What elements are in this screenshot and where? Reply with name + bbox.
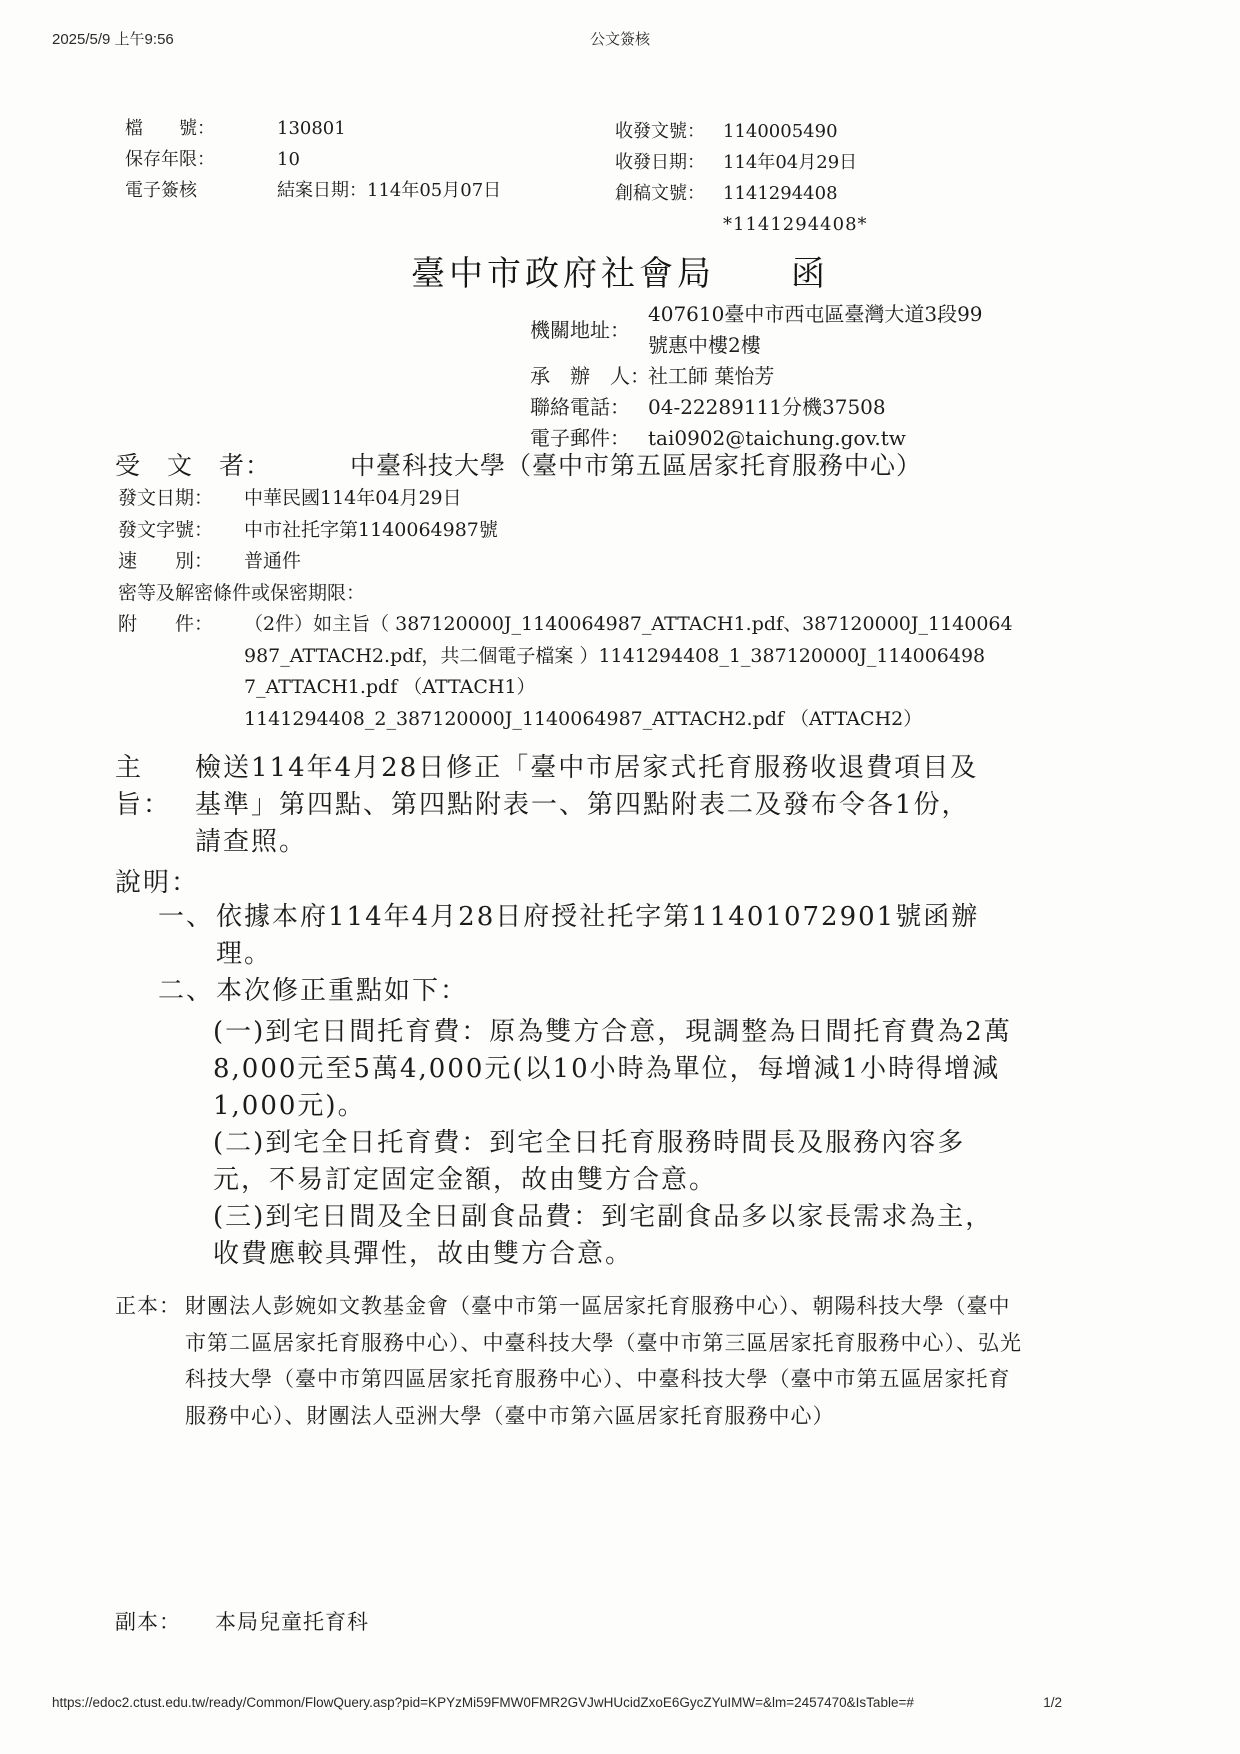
issue-date-label: 發文日期： — [118, 483, 244, 515]
explanation-label: 說明： — [115, 862, 199, 899]
draft-no-value: 1141294408 — [723, 178, 838, 209]
print-header-title: 公文簽核 — [0, 28, 1240, 49]
agency-contact-value: 社工師 葉怡芳 — [648, 361, 774, 392]
attachment-line: 1141294408_2_387120000J_1140064987_ATTAC… — [244, 704, 1013, 736]
attachment-line: 987_ATTACH2.pdf，共二個電子檔案 ）1141294408_1_38… — [244, 641, 1013, 673]
document-fields: 發文日期： 中華民國114年04月29日 發文字號： 中市社托字第1140064… — [118, 483, 1013, 735]
subitem-2: (二)到宅全日托育費：到宅全日托育服務時間長及服務內容多元，不易訂定固定金額，故… — [213, 1125, 1013, 1199]
esign-row: 電子簽核 結案日期：114年05月07日 — [125, 175, 501, 206]
esign-label: 電子簽核 — [125, 175, 277, 206]
item-number: 一、 — [158, 899, 216, 973]
attachment-row: 附 件： （2件）如主旨（ 387120000J_1140064987_ATTA… — [118, 609, 1013, 735]
recipient-row: 受 文 者： 中臺科技大學（臺中市第五區居家托育服務中心） — [115, 446, 922, 482]
receive-no-label: 收發文號： — [615, 116, 723, 147]
barcode-text: *1141294408* — [723, 209, 868, 240]
print-footer: https://edoc2.ctust.edu.tw/ready/Common/… — [52, 1695, 1188, 1710]
security-row: 密等及解密條件或保密期限： — [118, 578, 1013, 610]
agency-address-label: 機關地址： — [530, 315, 648, 346]
agency-phone-value: 04-22289111分機37508 — [648, 392, 886, 423]
subject-label: 主旨： — [115, 750, 195, 861]
draft-no-label: 創稿文號： — [615, 178, 723, 209]
agency-phone-label: 聯絡電話： — [530, 392, 648, 423]
explanation-items: 一、 依據本府114年4月28日府授社托字第11401072901號函辦理。 二… — [158, 899, 986, 1010]
priority-label: 速 別： — [118, 546, 244, 578]
issue-no-value: 中市社托字第1140064987號 — [244, 515, 498, 547]
issue-date-row: 發文日期： 中華民國114年04月29日 — [118, 483, 1013, 515]
explanation-subitems: (一)到宅日間托育費：原為雙方合意，現調整為日間托育費為2萬8,000元至5萬4… — [213, 1014, 1013, 1273]
recipient-value: 中臺科技大學（臺中市第五區居家托育服務中心） — [350, 446, 922, 482]
retention-row: 保存年限： 10 — [125, 144, 501, 175]
agency-info-block: 機關地址： 407610臺中市西屯區臺灣大道3段99 號惠中樓2樓 承 辦 人：… — [530, 299, 983, 454]
file-meta-right: 收發文號： 1140005490 收發日期： 114年04月29日 創稿文號： … — [615, 116, 868, 240]
file-no-label: 檔 號： — [125, 113, 277, 144]
item-text: 本次修正重點如下： — [216, 973, 986, 1010]
attachment-line: 7_ATTACH1.pdf （ATTACH1） — [244, 672, 1013, 704]
retention-value: 10 — [277, 144, 300, 175]
original-copies-text: 財團法人彭婉如文教基金會（臺中市第一區居家托育服務中心）、朝陽科技大學（臺中市第… — [185, 1288, 1030, 1434]
attachment-lines: （2件）如主旨（ 387120000J_1140064987_ATTACH1.p… — [244, 609, 1013, 735]
file-no-value: 130801 — [277, 113, 346, 144]
explanation-item-1: 一、 依據本府114年4月28日府授社托字第11401072901號函辦理。 — [158, 899, 986, 973]
close-date-value: 結案日期：114年05月07日 — [277, 175, 501, 206]
issue-no-row: 發文字號： 中市社托字第1140064987號 — [118, 515, 1013, 547]
attachment-line: （2件）如主旨（ 387120000J_1140064987_ATTACH1.p… — [244, 609, 1013, 641]
cc-label: 副本： — [115, 1606, 215, 1636]
original-copies-row: 正本： 財團法人彭婉如文教基金會（臺中市第一區居家托育服務中心）、朝陽科技大學（… — [115, 1288, 1030, 1434]
receive-date-row: 收發日期： 114年04月29日 — [615, 147, 868, 178]
receive-date-value: 114年04月29日 — [723, 147, 857, 178]
issue-no-label: 發文字號： — [118, 515, 244, 547]
print-footer-url: https://edoc2.ctust.edu.tw/ready/Common/… — [52, 1695, 914, 1710]
agency-contact-row: 承 辦 人： 社工師 葉怡芳 — [530, 361, 983, 392]
file-no-row: 檔 號： 130801 — [125, 113, 501, 144]
agency-contact-label: 承 辦 人： — [530, 361, 648, 392]
subject-row: 主旨： 檢送114年4月28日修正「臺中市居家式托育服務收退費項目及基準」第四點… — [115, 750, 985, 861]
agency-phone-row: 聯絡電話： 04-22289111分機37508 — [530, 392, 983, 423]
item-text: 依據本府114年4月28日府授社托字第11401072901號函辦理。 — [216, 899, 986, 973]
cc-value: 本局兒童托育科 — [215, 1606, 369, 1636]
agency-address-row: 機關地址： 407610臺中市西屯區臺灣大道3段99 號惠中樓2樓 — [530, 299, 983, 361]
receive-no-row: 收發文號： 1140005490 — [615, 116, 868, 147]
retention-label: 保存年限： — [125, 144, 277, 175]
explanation-item-2: 二、 本次修正重點如下： — [158, 973, 986, 1010]
file-meta-left: 檔 號： 130801 保存年限： 10 電子簽核 結案日期：114年05月07… — [125, 113, 501, 206]
subitem-3: (三)到宅日間及全日副食品費：到宅副食品多以家長需求為主，收費應較具彈性，故由雙… — [213, 1199, 1013, 1273]
print-footer-page-number: 1/2 — [1043, 1695, 1062, 1710]
agency-address-line2: 號惠中樓2樓 — [648, 330, 983, 361]
draft-no-row: 創稿文號： 1141294408 — [615, 178, 868, 209]
attachment-label: 附 件： — [118, 609, 244, 735]
priority-row: 速 別： 普通件 — [118, 546, 1013, 578]
agency-address-value: 407610臺中市西屯區臺灣大道3段99 號惠中樓2樓 — [648, 299, 983, 361]
original-copies-label: 正本： — [115, 1288, 185, 1434]
cc-row: 副本： 本局兒童托育科 — [115, 1606, 369, 1636]
recipient-label: 受 文 者： — [115, 446, 350, 482]
security-label: 密等及解密條件或保密期限： — [118, 578, 365, 610]
print-header: 2025/5/9 上午9:56 公文簽核 — [0, 28, 1240, 50]
receive-no-value: 1140005490 — [723, 116, 838, 147]
receive-date-label: 收發日期： — [615, 147, 723, 178]
priority-value: 普通件 — [244, 546, 301, 578]
letter-title: 臺中市政府社會局 函 — [0, 246, 1240, 295]
subitem-1: (一)到宅日間托育費：原為雙方合意，現調整為日間托育費為2萬8,000元至5萬4… — [213, 1014, 1013, 1125]
agency-address-line1: 407610臺中市西屯區臺灣大道3段99 — [648, 299, 983, 330]
item-number: 二、 — [158, 973, 216, 1010]
issue-date-value: 中華民國114年04月29日 — [244, 483, 462, 515]
subject-text: 檢送114年4月28日修正「臺中市居家式托育服務收退費項目及基準」第四點、第四點… — [195, 750, 985, 861]
